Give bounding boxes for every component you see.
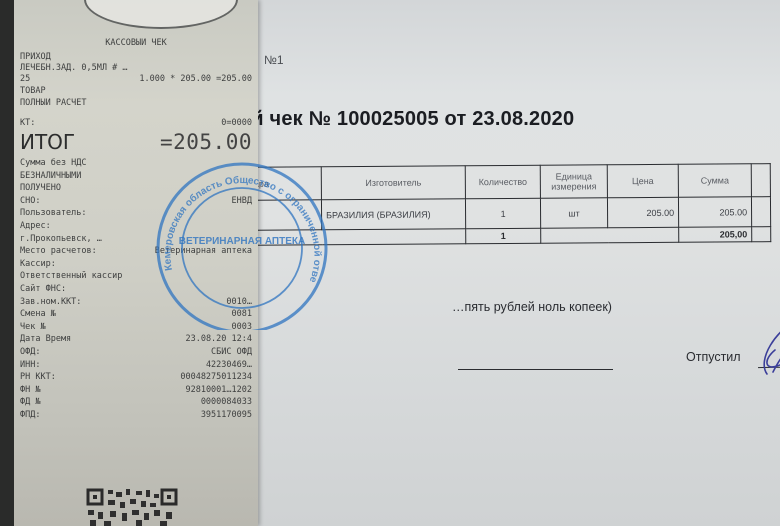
receipt-detail-line: ПОЛУЧЕНО — [20, 183, 252, 193]
detail-label: Адрес: — [20, 221, 51, 231]
receipt-title: ый чек № 100025005 от 23.08.2020 — [234, 108, 574, 131]
col-extra — [751, 164, 770, 197]
detail-label: Сумма без НДС — [20, 158, 87, 168]
detail-value: 23.08.20 12:4 — [185, 334, 252, 344]
total-sum: 205,00 — [679, 227, 752, 243]
qr-code-icon — [86, 486, 180, 526]
receipt-detail-line: ИНН:42230469… — [20, 360, 252, 370]
detail-label: Дата Время — [20, 334, 71, 344]
receipt-detail-line: БЕЗНАЛИЧНЫМИ — [20, 171, 252, 181]
cell-sum: 205.00 — [678, 197, 751, 228]
detail-label: Чек № — [20, 322, 46, 332]
detail-label: Смена № — [20, 309, 56, 319]
receipt-detail-line: СНО:ЕНВД — [20, 196, 252, 206]
organization-number: №1 — [264, 53, 284, 67]
total-label: ИТОГ — [20, 130, 75, 154]
col-sum: Сумма — [678, 164, 751, 198]
detail-label: Место расчетов: — [20, 246, 97, 256]
total-quantity: 1 — [466, 228, 541, 244]
receipt-detail-line: Кассир: — [20, 259, 252, 269]
detail-value: ЕНВД — [232, 196, 252, 206]
receipt-line: КТ:0=0000 — [20, 118, 252, 128]
detail-value: 0000084033 — [201, 397, 252, 407]
receipt-line: ПРИХОД — [20, 52, 252, 62]
table-total-row: 1 205,00 — [241, 227, 771, 246]
detail-value: 00048275011234 — [180, 372, 252, 382]
receipt-detail-line: Адрес: — [20, 221, 252, 231]
detail-value: СБИС ОФД — [211, 347, 252, 357]
receipt-detail-line: ОФД:СБИС ОФД — [20, 347, 252, 357]
detail-value: Ветеринарная аптека — [155, 246, 252, 256]
receipt-detail-line: ФПД:3951170095 — [20, 410, 252, 420]
receipt-detail-line: ФН №92810001…1202 — [20, 385, 252, 395]
receipt-detail-line: Сумма без НДС — [20, 158, 252, 168]
detail-value: 0003 — [232, 322, 252, 332]
col-unit: Единица измерения — [540, 165, 607, 198]
receipt-line: ПОЛНЫЙ РАСЧЕТ — [20, 98, 252, 108]
background-edge — [0, 0, 14, 526]
detail-value: 0081 — [232, 309, 252, 319]
detail-label: Кассир: — [20, 259, 56, 269]
detail-value: 92810001…1202 — [185, 385, 252, 395]
signature-line-left — [458, 369, 613, 370]
detail-label: Ответственный кассир — [20, 271, 122, 281]
total-extra — [752, 227, 771, 242]
receipt-detail-line: Дата Время23.08.20 12:4 — [20, 334, 252, 344]
detail-label: г.Прокопьевск, … — [20, 234, 102, 244]
sales-receipt-sheet: №1 ый чек № 100025005 от 23.08.2020 …ара… — [200, 0, 780, 526]
signature-icon — [755, 300, 780, 380]
col-quantity: Количество — [465, 165, 540, 199]
table-header-row: …ара Изготовитель Количество Единица изм… — [240, 164, 770, 201]
receipt-detail-line: Чек №0003 — [20, 322, 252, 332]
receipt-detail-line: Зав.ном.ККТ:0010… — [20, 297, 252, 307]
receipt-line: ТОВАР — [20, 86, 252, 96]
cell-price: 205.00 — [607, 197, 678, 227]
detail-value: 42230469… — [206, 360, 252, 370]
receipt-detail-line: г.Прокопьевск, … — [20, 234, 252, 244]
total-value: =205.00 — [160, 130, 252, 154]
cash-register-receipt: КАССОВЫЙ ЧЕК ПРИХОД ЛЕЧЕБН.ЗАД. 0,5МЛ # … — [14, 0, 258, 526]
detail-label: ОФД: — [20, 347, 40, 357]
receipt-detail-line: ФД №0000084033 — [20, 397, 252, 407]
detail-label: СНО: — [20, 196, 40, 206]
cell-unit: шт — [540, 198, 607, 228]
receipt-detail-line: Смена №0081 — [20, 309, 252, 319]
receipt-header: КАССОВЫЙ ЧЕК — [20, 38, 252, 48]
detail-label: ПОЛУЧЕНО — [20, 183, 61, 193]
detail-label: ФН № — [20, 385, 40, 395]
detail-label: РН ККТ: — [20, 372, 56, 382]
detail-value: 0010… — [226, 297, 252, 307]
detail-value: 3951170095 — [201, 410, 252, 420]
detail-label: Сайт ФНС: — [20, 284, 66, 294]
amount-in-words: …пять рублей ноль копеек) — [452, 300, 612, 314]
receipt-detail-line: РН ККТ:00048275011234 — [20, 372, 252, 382]
receipt-detail-line: Место расчетов:Ветеринарная аптека — [20, 246, 252, 256]
detail-label: ФПД: — [20, 410, 40, 420]
released-by-label: Отпустил — [686, 350, 741, 364]
bottle-cap — [84, 0, 238, 29]
table-row: БРАЗИЛИЯ (БРАЗИЛИЯ) 1 шт 205.00 205.00 — [240, 197, 770, 231]
total-row: ИТОГ =205.00 — [20, 130, 252, 154]
detail-label: Пользователь: — [20, 208, 87, 218]
receipt-detail-line: Пользователь: — [20, 208, 252, 218]
receipt-detail-line: Сайт ФНС: — [20, 284, 252, 294]
total-label-cell — [241, 229, 466, 246]
receipt-line: 251.000 * 205.00 =205.00 — [20, 74, 252, 84]
receipt-line: ЛЕЧЕБН.ЗАД. 0,5МЛ # … — [20, 63, 252, 73]
detail-label: Зав.ном.ККТ: — [20, 297, 81, 307]
detail-label: БЕЗНАЛИЧНЫМИ — [20, 171, 81, 181]
cell-manufacturer: БРАЗИЛИЯ (БРАЗИЛИЯ) — [321, 199, 465, 230]
receipt-detail-line: Ответственный кассир — [20, 271, 252, 281]
col-price: Цена — [607, 164, 678, 197]
cell-extra — [751, 197, 770, 227]
detail-label: ФД № — [20, 397, 40, 407]
goods-table: …ара Изготовитель Количество Единица изм… — [240, 163, 772, 246]
detail-label: ИНН: — [20, 360, 40, 370]
cell-quantity: 1 — [465, 198, 540, 229]
total-blank — [541, 227, 679, 243]
col-manufacturer: Изготовитель — [321, 166, 465, 200]
